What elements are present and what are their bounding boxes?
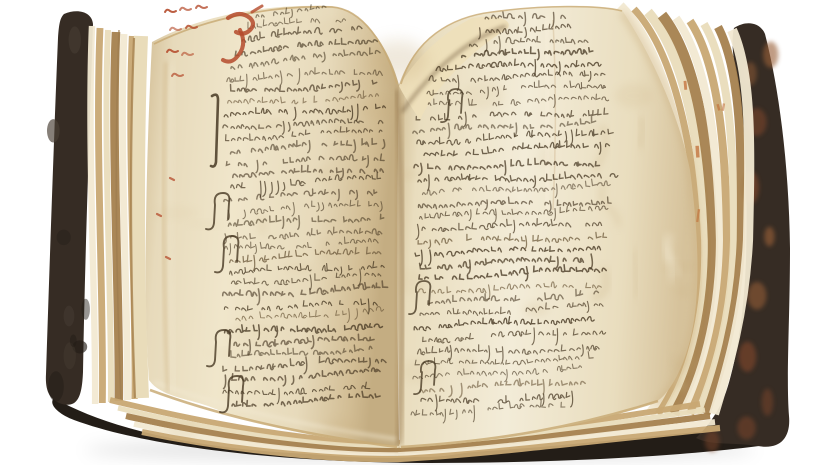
manuscript-book-illustration xyxy=(0,0,825,465)
manuscript-photo xyxy=(0,0,825,465)
